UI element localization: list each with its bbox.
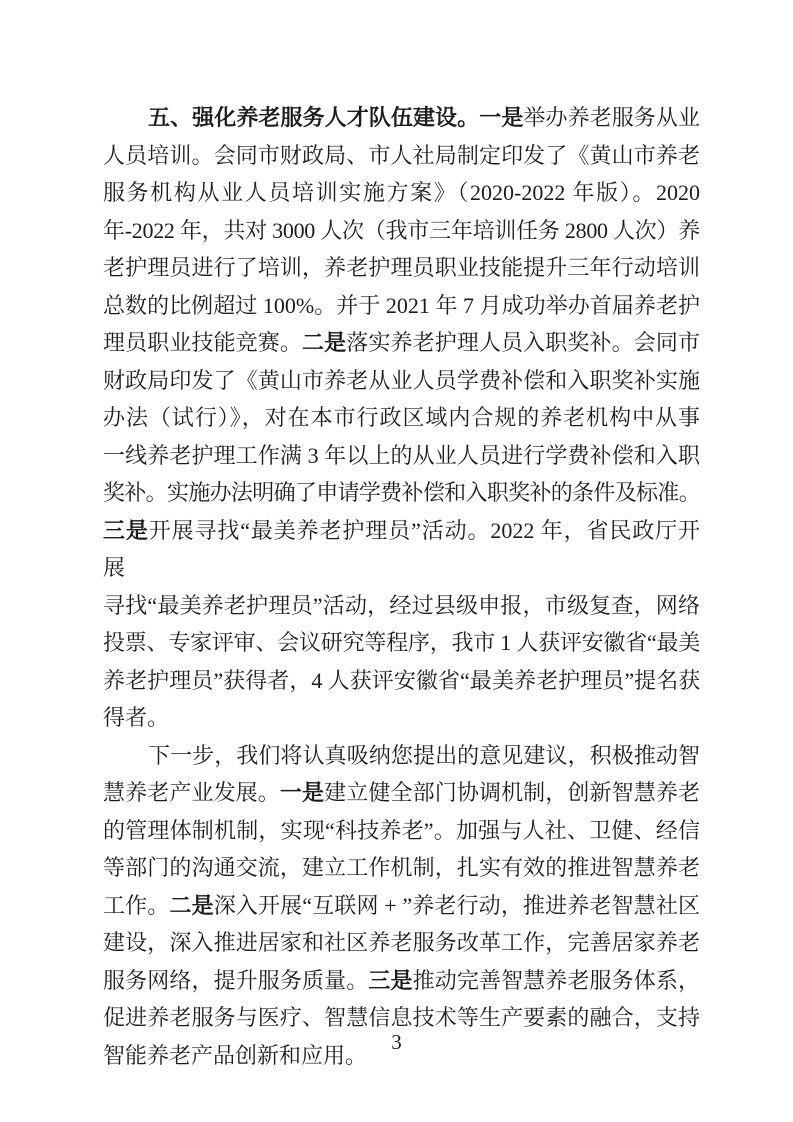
text-line: 得者。 (103, 699, 700, 737)
text-segment: 财政局印发了《黄山市养老从业人员学费补偿和入职奖补实施 (103, 368, 700, 393)
text-segment: 投票、专家评审、会议研究等程序，我市 1 人获评安徽省“最美 (103, 630, 700, 655)
list-marker: 三是 (103, 518, 149, 543)
list-marker: 三是 (368, 968, 412, 993)
text-segment: 工作。 (103, 893, 169, 918)
text-line: 人员培训。会同市财政局、市人社局制定印发了《黄山市养老 (103, 137, 700, 175)
text-line: 老护理员进行了培训，养老护理员职业技能提升三年行动培训 (103, 249, 700, 287)
text-line: 总数的比例超过 100%。并于 2021 年 7 月成功举办首届养老护 (103, 287, 700, 325)
text-segment: 年-2022 年，共对 3000 人次（我市三年培训任务 2800 人次）养 (103, 218, 700, 243)
text-segment: 深入开展“互联网 + ”养老行动，推进养老智慧社区 (214, 893, 700, 918)
text-segment: 办法（试行）》，对在本市行政区域内合规的养老机构中从事 (103, 405, 700, 430)
text-line: 寻找“最美养老护理员”活动，经过县级申报，市级复查，网络 (103, 587, 700, 625)
text-segment: 奖补。实施办法明确了申请学费补偿和入职奖补的条件及标准。 (103, 480, 700, 505)
text-segment: 落实养老护理人员入职奖补。会同市 (346, 330, 700, 355)
text-line: 理员职业技能竞赛。二是落实养老护理人员入职奖补。会同市 (103, 324, 700, 362)
text-segment: 老护理员进行了培训，养老护理员职业技能提升三年行动培训 (103, 255, 700, 280)
text-line: 投票、专家评审、会议研究等程序，我市 1 人获评安徽省“最美 (103, 624, 700, 662)
text-line: 财政局印发了《黄山市养老从业人员学费补偿和入职奖补实施 (103, 362, 700, 400)
text-segment: 理员职业技能竞赛。 (103, 330, 302, 355)
text-segment: 下一步，我们将认真吸纳您提出的意见建议，积极推动智 (148, 743, 700, 768)
list-marker: 一是 (280, 780, 324, 805)
text-line: 年-2022 年，共对 3000 人次（我市三年培训任务 2800 人次）养 (103, 212, 700, 250)
text-line: 工作。二是深入开展“互联网 + ”养老行动，推进养老智慧社区 (103, 887, 700, 925)
list-marker: 一是 (479, 105, 523, 130)
text-line: 慧养老产业发展。一是建立健全部门协调机制，创新智慧养老 (103, 774, 700, 812)
text-line: 办法（试行）》，对在本市行政区域内合规的养老机构中从事 (103, 399, 700, 437)
text-line: 下一步，我们将认真吸纳您提出的意见建议，积极推动智 (103, 737, 700, 775)
text-segment: 服务机构从业人员培训实施方案》（2020-2022 年版）。2020 (103, 180, 700, 205)
text-line: 三是开展寻找“最美养老护理员”活动。2022 年，省民政厅开展 (103, 512, 700, 587)
text-segment: 的管理体制机制，实现“科技养老”。加强与人社、卫健、经信 (103, 818, 700, 843)
text-segment: 人员培训。会同市财政局、市人社局制定印发了《黄山市养老 (103, 143, 700, 168)
page-number: 3 (0, 1032, 793, 1053)
document-body: 五、强化养老服务人才队伍建设。一是举办养老服务从业 人员培训。会同市财政局、市人… (103, 99, 700, 1074)
text-segment: 建立健全部门协调机制，创新智慧养老 (324, 780, 700, 805)
list-marker: 二是 (302, 330, 346, 355)
text-segment: 得者。 (103, 705, 169, 730)
text-line: 的管理体制机制，实现“科技养老”。加强与人社、卫健、经信 (103, 812, 700, 850)
text-segment: 养老护理员”获得者，4 人获评安徽省“最美养老护理员”提名获 (103, 668, 700, 693)
text-line: 服务网络，提升服务质量。三是推动完善智慧养老服务体系， (103, 962, 700, 1000)
section-heading: 五、强化养老服务人才队伍建设。 (148, 105, 479, 130)
text-line: 服务机构从业人员培训实施方案》（2020-2022 年版）。2020 (103, 174, 700, 212)
text-line: 一线养老护理工作满 3 年以上的从业人员进行学费补偿和入职 (103, 437, 700, 475)
text-segment: 慧养老产业发展。 (103, 780, 280, 805)
list-marker: 二是 (169, 893, 213, 918)
text-segment: 推动完善智慧养老服务体系， (413, 968, 700, 993)
text-line: 奖补。实施办法明确了申请学费补偿和入职奖补的条件及标准。 (103, 474, 700, 512)
text-segment: 建设，深入推进居家和社区养老服务改革工作，完善居家养老 (103, 930, 700, 955)
text-segment: 促进养老服务与医疗、智慧信息技术等生产要素的融合，支持 (103, 1005, 700, 1030)
text-line: 五、强化养老服务人才队伍建设。一是举办养老服务从业 (103, 99, 700, 137)
text-segment: 开展寻找“最美养老护理员”活动。2022 年，省民政厅开展 (103, 518, 700, 581)
text-segment: 举办养老服务从业 (523, 105, 700, 130)
text-segment: 寻找“最美养老护理员”活动，经过县级申报，市级复查，网络 (103, 593, 700, 618)
text-line: 等部门的沟通交流，建立工作机制，扎实有效的推进智慧养老 (103, 849, 700, 887)
text-segment: 等部门的沟通交流，建立工作机制，扎实有效的推进智慧养老 (103, 855, 700, 880)
document-page: 五、强化养老服务人才队伍建设。一是举办养老服务从业 人员培训。会同市财政局、市人… (0, 0, 793, 1122)
text-segment: 服务网络，提升服务质量。 (103, 968, 368, 993)
text-segment: 总数的比例超过 100%。并于 2021 年 7 月成功举办首届养老护 (103, 293, 700, 318)
text-line: 建设，深入推进居家和社区养老服务改革工作，完善居家养老 (103, 924, 700, 962)
text-segment: 一线养老护理工作满 3 年以上的从业人员进行学费补偿和入职 (103, 443, 700, 468)
text-line: 养老护理员”获得者，4 人获评安徽省“最美养老护理员”提名获 (103, 662, 700, 700)
